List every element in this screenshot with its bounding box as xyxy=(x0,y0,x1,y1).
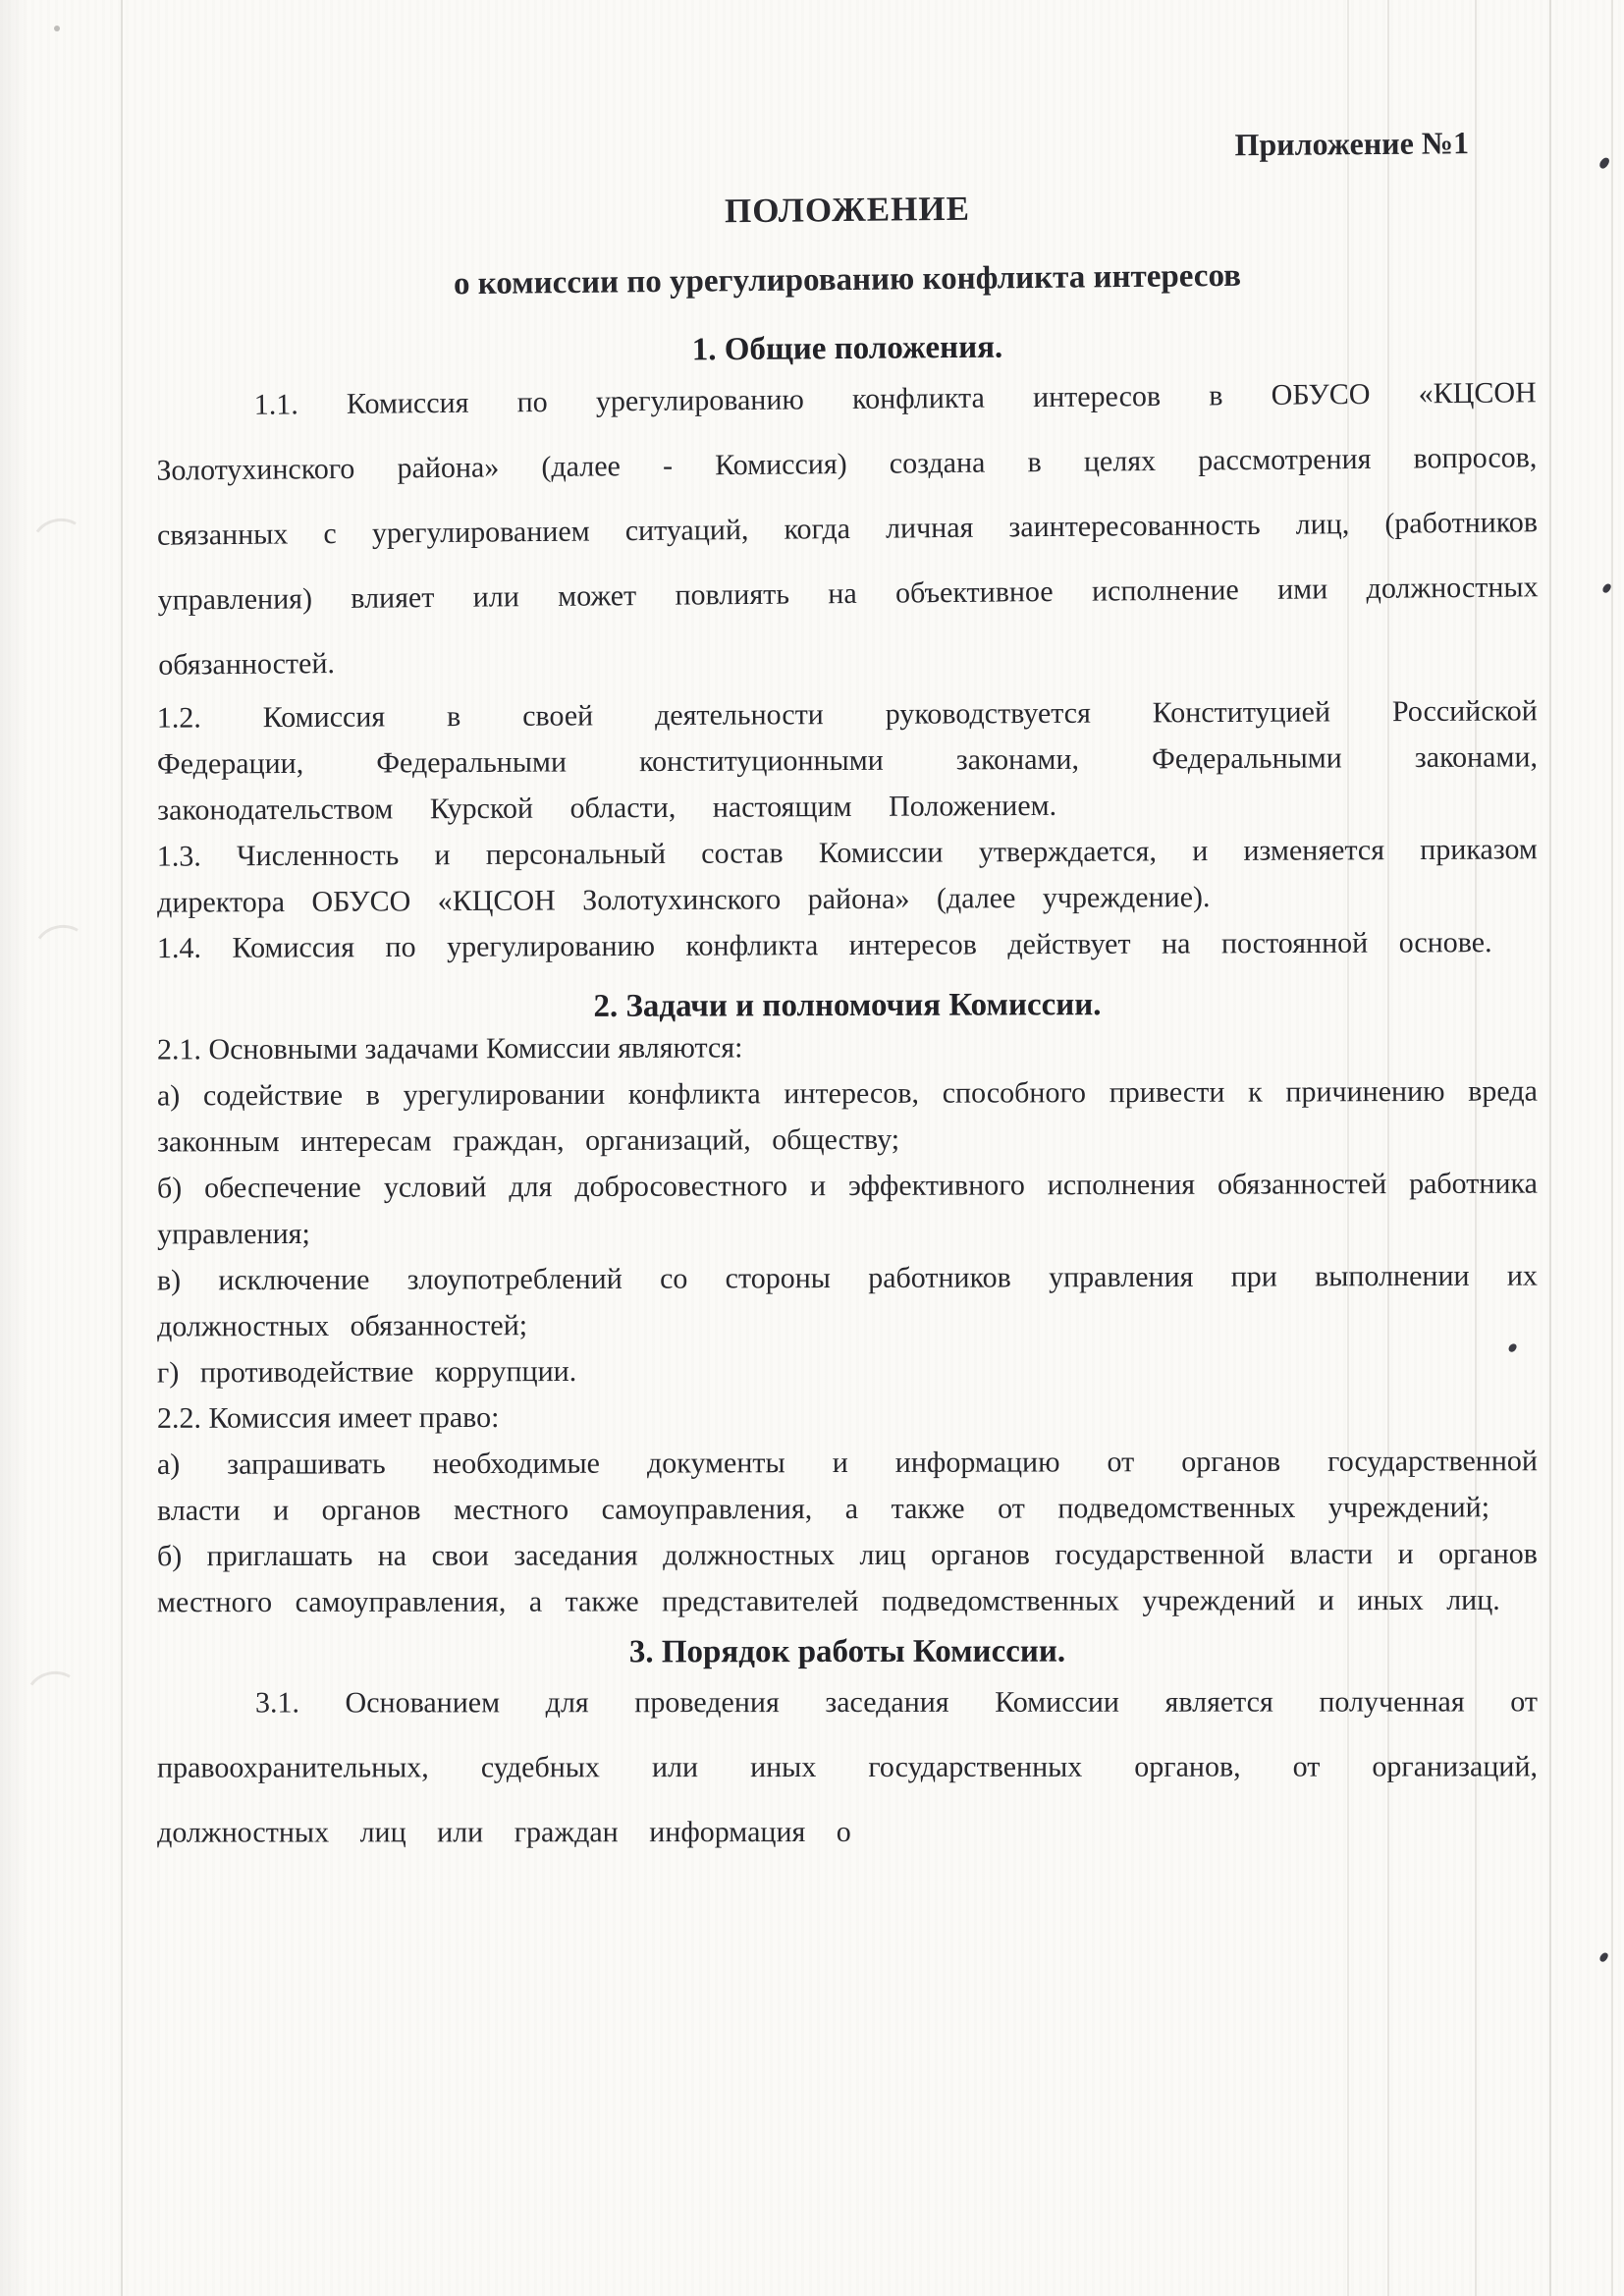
smudge-mark xyxy=(27,514,93,575)
scanned-document-page: Приложение №1 ПОЛОЖЕНИЕ о комиссии по ур… xyxy=(0,0,1624,2296)
paragraph-2-2: 2.2. Комиссия имеет право: xyxy=(157,1392,1538,1442)
document-subtitle: о комиссии по урегулированию конфликта и… xyxy=(157,255,1538,306)
right-item-b: б) приглашать на свои заседания должност… xyxy=(157,1531,1538,1625)
paragraph-1-1: 1.1. Комиссия по урегулированию конфликт… xyxy=(155,360,1539,697)
task-item-g: г) противодействие коррупции. xyxy=(157,1345,1538,1396)
smudge-mark xyxy=(28,920,95,982)
task-item-b: б) обеспечение условий для добросовестно… xyxy=(157,1161,1538,1258)
paragraph-1-2: 1.2. Комиссия в своей деятельности руков… xyxy=(157,687,1539,833)
smudge-mark xyxy=(21,1667,87,1728)
paragraph-3-1: 3.1. Основанием для проведения заседания… xyxy=(157,1669,1538,1865)
ink-speck xyxy=(1598,1951,1609,1963)
ink-speck xyxy=(1598,156,1611,170)
section-2-heading: 2. Задачи и полномочия Комиссии. xyxy=(157,986,1538,1027)
scan-streak-line xyxy=(121,0,123,2296)
paragraph-2-1: 2.1. Основными задачами Комиссии являютс… xyxy=(157,1022,1538,1073)
document-title: ПОЛОЖЕНИЕ xyxy=(157,184,1538,238)
section-3-heading: 3. Порядок работы Комиссии. xyxy=(157,1633,1538,1671)
scan-streak-line xyxy=(1611,0,1613,2296)
annex-label: Приложение №1 xyxy=(157,125,1469,173)
paragraph-1-4: 1.4. Комиссия по урегулированию конфликт… xyxy=(157,919,1538,971)
task-item-a: а) содействие в урегулировании конфликта… xyxy=(157,1068,1538,1166)
task-item-v: в) исключение злоупотреблений со стороны… xyxy=(157,1253,1538,1350)
right-item-a: а) запрашивать необходимые документы и и… xyxy=(157,1438,1538,1534)
paragraph-1-3: 1.3. Численность и персональный состав К… xyxy=(157,826,1538,925)
document-content: Приложение №1 ПОЛОЖЕНИЕ о комиссии по ур… xyxy=(157,0,1538,1865)
smudge-mark xyxy=(54,26,60,31)
scan-streak-line xyxy=(1549,0,1551,2296)
